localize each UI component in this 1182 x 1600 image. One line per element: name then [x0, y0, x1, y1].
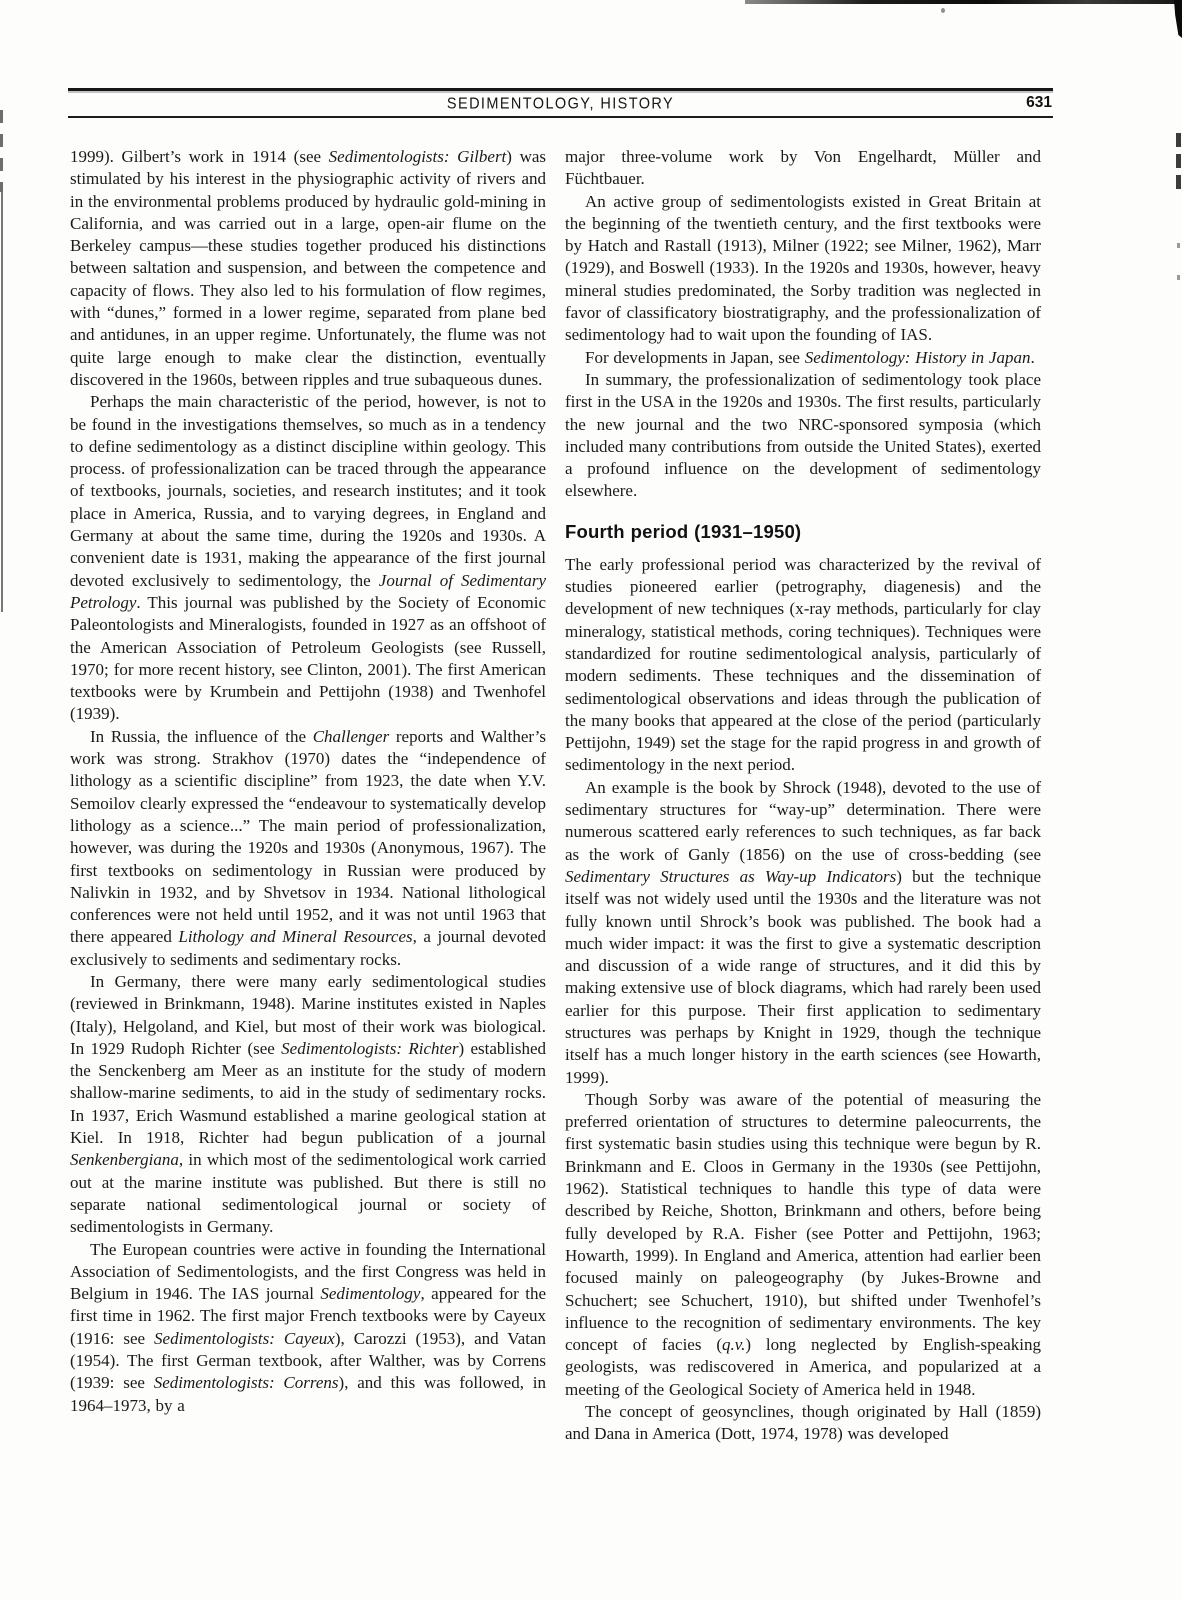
header-rule-bottom: [68, 116, 1053, 118]
paragraph: In Russia, the influence of the Challeng…: [70, 726, 546, 971]
scan-artifact-left-edge-line: [1, 192, 3, 612]
paragraph: The European countries were active in fo…: [70, 1239, 546, 1417]
column-left: 1999). Gilbert’s work in 1914 (see Sedim…: [70, 146, 546, 1446]
scan-artifact-right-edge-dashes: [1176, 133, 1181, 195]
paragraph: In Germany, there were many early sedime…: [70, 971, 546, 1239]
paragraph: major three-volume work by Von Engelhard…: [565, 146, 1041, 191]
section-heading: Fourth period (1931–1950): [565, 521, 1041, 543]
header-title: SEDIMENTOLOGY, HISTORY: [447, 95, 674, 112]
scanned-page: SEDIMENTOLOGY, HISTORY 631 1999). Gilber…: [0, 0, 1182, 1600]
paragraph: An active group of sedimentologists exis…: [565, 191, 1041, 347]
paragraph: An example is the book by Shrock (1948),…: [565, 777, 1041, 1089]
page-number: 631: [1026, 94, 1052, 112]
paragraph: The early professional period was charac…: [565, 554, 1041, 777]
scan-artifact-left-edge-dashes: [0, 110, 3, 192]
paragraph: Perhaps the main characteristic of the p…: [70, 391, 546, 725]
paragraph: The concept of geosynclines, though orig…: [565, 1401, 1041, 1446]
scan-artifact-speck: [941, 8, 945, 13]
paragraph: 1999). Gilbert’s work in 1914 (see Sedim…: [70, 146, 546, 391]
column-right: major three-volume work by Von Engelhard…: [565, 146, 1041, 1446]
paragraph: For developments in Japan, see Sedimento…: [565, 347, 1041, 369]
scan-artifact-top-edge: [745, 0, 1182, 4]
paragraph: Though Sorby was aware of the potential …: [565, 1089, 1041, 1401]
scan-artifact-corner-bar: [1174, 0, 1182, 38]
running-head: SEDIMENTOLOGY, HISTORY 631: [68, 88, 1053, 118]
header-row: SEDIMENTOLOGY, HISTORY 631: [68, 91, 1053, 116]
scan-artifact-right-edge-specks: [1177, 243, 1180, 303]
text-columns: 1999). Gilbert’s work in 1914 (see Sedim…: [70, 146, 1041, 1446]
paragraph: In summary, the professionalization of s…: [565, 369, 1041, 503]
